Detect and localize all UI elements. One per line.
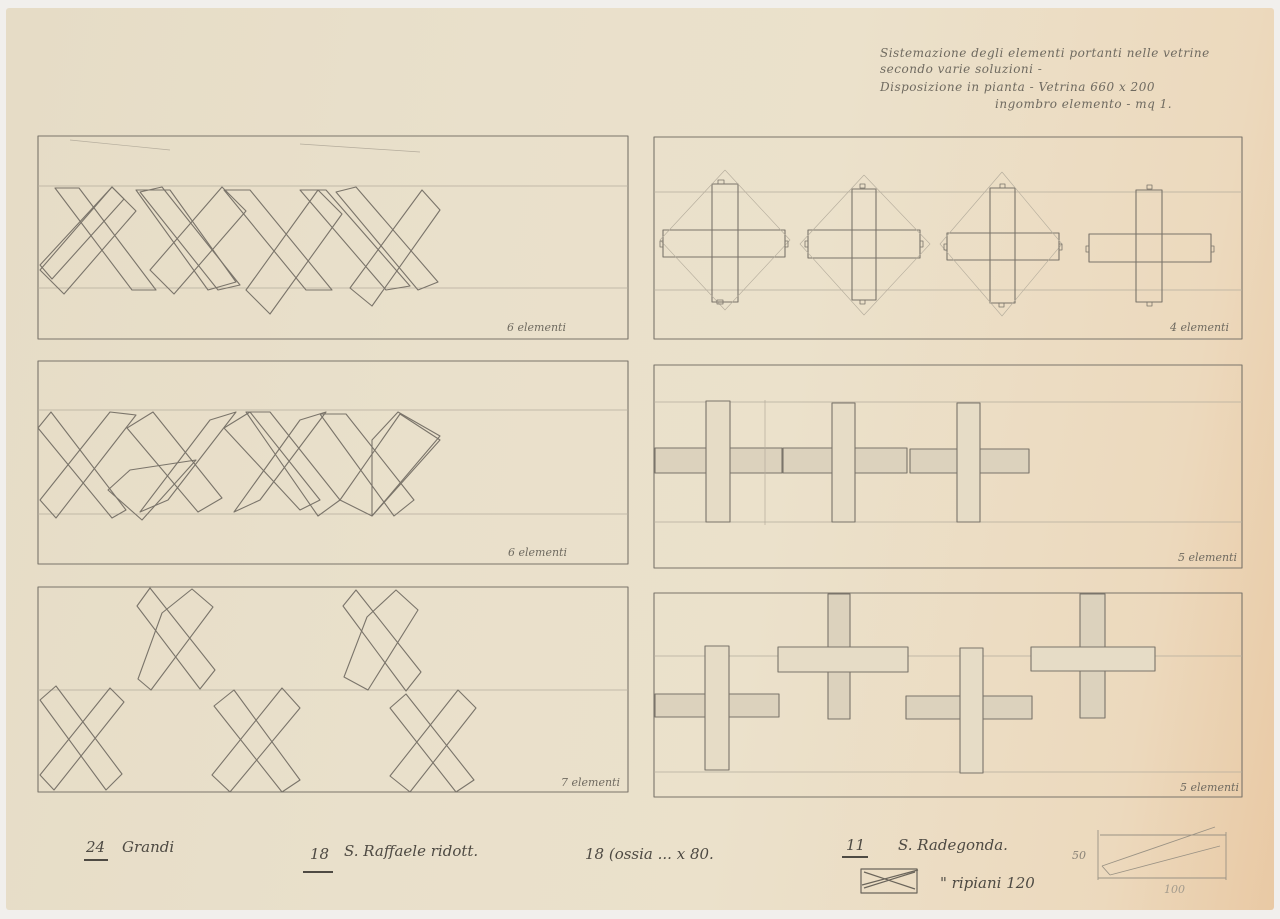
panel-label-middle-right: 5 elementi — [1178, 551, 1237, 564]
panel-frame-top-right — [654, 137, 1242, 339]
footer-text-grandi: Grandi — [122, 838, 174, 856]
cross-row-middle-right — [655, 400, 1029, 525]
panel-label-bottom-left: 7 elementi — [561, 776, 620, 789]
drawing-sheet: Sistemazione degli elementi portanti nel… — [0, 0, 1280, 919]
title-note-line-2: secondo varie soluzioni - — [880, 62, 1042, 76]
footer-text-radegonda: S. Radegonda. — [898, 836, 1008, 854]
title-note-line-4: ingombro elemento - mq 1. — [995, 97, 1172, 111]
panel-label-top-right: 4 elementi — [1170, 321, 1229, 334]
footer-count-radegonda: 11 — [846, 836, 865, 854]
footer-text-raffaele: S. Raffaele ridott. — [344, 842, 478, 860]
footer-count-grandi: 24 — [86, 838, 105, 856]
panel-frame-middle-left — [38, 361, 628, 564]
title-note-line-1: Sistemazione degli elementi portanti nel… — [880, 46, 1210, 60]
footer-text-dimensions: 18 (ossia ... x 80. — [585, 845, 714, 863]
lattice-middle-left — [38, 412, 440, 520]
dimension-sketch — [1098, 827, 1226, 880]
panel-frame-top-left — [38, 136, 628, 339]
panel-label-middle-left: 6 elementi — [508, 546, 567, 559]
panel-label-top-left: 6 elementi — [507, 321, 566, 334]
dimension-100: 100 — [1164, 883, 1185, 896]
title-note-line-3: Disposizione in pianta - Vetrina 660 x 2… — [880, 80, 1155, 94]
footer-count-raffaele: 18 — [310, 845, 329, 863]
dimension-50: 50 — [1072, 849, 1086, 862]
footer-note-ripiani: " ripiani 120 — [940, 874, 1035, 892]
small-x-sketch — [861, 869, 918, 893]
lattice-top-left — [40, 187, 440, 314]
panel-label-bottom-right: 5 elementi — [1180, 781, 1239, 794]
pencil-drawing — [0, 0, 1280, 919]
panel-frame-bottom-left — [38, 587, 628, 792]
staggered-crosses-bottom-right — [655, 594, 1155, 773]
